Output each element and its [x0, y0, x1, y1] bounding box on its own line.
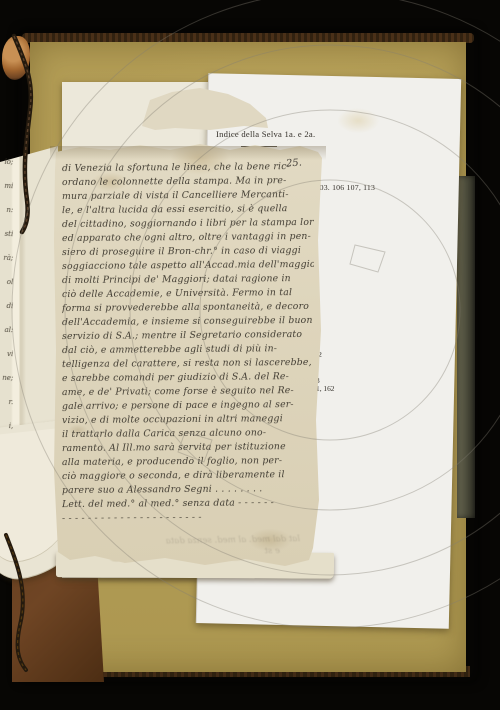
- text-fragment: r.: [0, 398, 15, 423]
- text-fragment: ol: [0, 278, 15, 303]
- page-reference-fragment: 1, 162: [316, 384, 334, 393]
- text-fragment: ne;: [0, 374, 15, 399]
- text-fragment: di: [0, 302, 15, 327]
- manuscript-text-block: di Venezia la sfortuna le linea, che la …: [62, 162, 314, 526]
- facing-page-text-fragments: io; mi n: sti rà; ol di al: vi ne; r. i,: [0, 158, 15, 446]
- text-fragment: rà;: [0, 254, 15, 279]
- manuscript-dash-line: - - - - - - - - - - - - - - - - - - - - …: [62, 511, 314, 527]
- text-fragment: n:: [0, 206, 15, 231]
- text-fragment: al:: [0, 326, 15, 351]
- text-fragment: vi: [0, 350, 15, 375]
- text-fragment: mi: [0, 182, 15, 207]
- text-fragment: i,: [0, 422, 15, 447]
- text-fragment: io;: [0, 158, 15, 183]
- page-block-fore-edge: [457, 176, 475, 518]
- text-fragment: sti: [0, 230, 15, 255]
- photographed-manuscript-scene: Indice della Selva 1a. e 2a. 01, 103. 10…: [0, 0, 500, 710]
- index-header-text: Indice della Selva 1a. e 2a.: [216, 129, 315, 139]
